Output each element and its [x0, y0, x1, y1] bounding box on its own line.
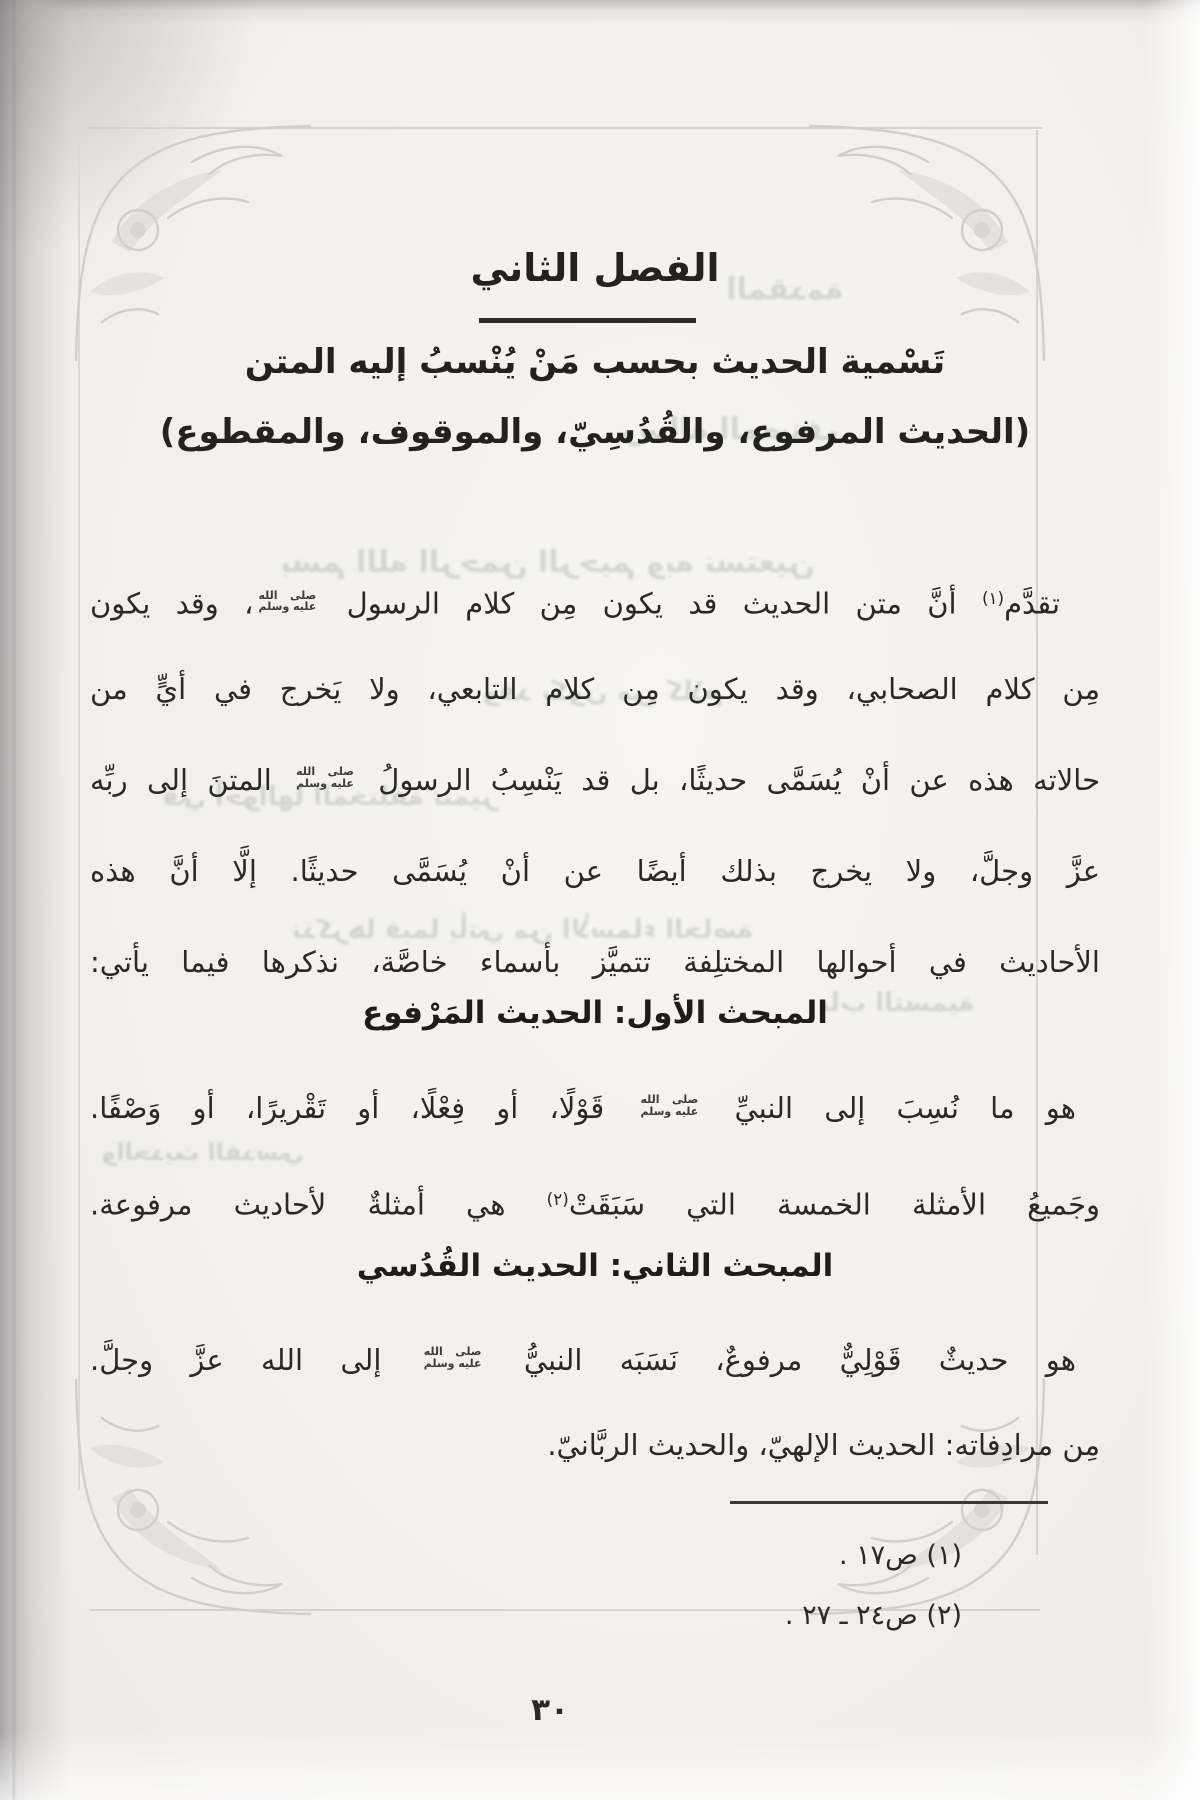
saw-top: صلى الله: [641, 1094, 699, 1106]
line-text: تقدَّم: [1004, 586, 1060, 620]
footnote-marker-1: (١): [982, 588, 1004, 608]
section1-paragraph: هو ما نُسِبَ إلى النبيِّ صلى اللهعليه وس…: [90, 1063, 1100, 1245]
line-text: إلى الله عزَّ وجلَّ.: [90, 1343, 381, 1377]
section2-paragraph: هو حديثٌ قَوْلِيٌّ مرفوعٌ، نَسَبَه النبي…: [90, 1318, 1100, 1488]
footnote-1: (١) ص١٧ .: [0, 1540, 1010, 1571]
saw-bottom: عليه وسلم: [259, 601, 317, 613]
chapter-subtitle-paren: (الحديث المرفوع، والقُدُسِيّ، والموقوف، …: [90, 412, 1100, 453]
chapter-title: الفصل الثاني: [90, 246, 1100, 290]
body-line: تقدَّم(١) أنَّ متن الحديث قد يكون مِن كل…: [90, 553, 1100, 644]
line-text: الأحاديث في أحوالها المختلِفة تتميَّز بأ…: [90, 945, 1100, 979]
page-number: ٣٠: [490, 1692, 610, 1728]
footnote-2: (٢) ص٢٤ ـ ٢٧ .: [0, 1600, 1010, 1631]
chapter-subtitle: تَسْمية الحديث بحسب مَنْ يُنْسبُ إليه ال…: [90, 342, 1100, 383]
section1-heading: المبحث الأول: الحديث المَرْفوع: [90, 995, 1100, 1031]
line-text: حالاته هذه عن أنْ يُسَمَّى حديثًا، بل قد…: [378, 763, 1100, 797]
body-line: عزَّ وجلَّ، ولا يخرج بذلك أيضًا عن أنْ ي…: [90, 826, 1100, 917]
section2-heading: المبحث الثاني: الحديث القُدُسي: [90, 1248, 1100, 1284]
saw-top: صلى الله: [259, 590, 317, 602]
line-text: أنَّ متن الحديث قد يكون مِن كلام الرسول: [347, 586, 957, 620]
saw-ligature: صلى اللهعليه وسلم: [641, 1094, 699, 1117]
line-text: هي أمثلةٌ لأحاديث مرفوعة.: [90, 1187, 506, 1221]
footnote-marker-2: (٢): [547, 1189, 569, 1209]
book-page-scan: المقدمة رسالة المصنف بسم الله الرحمن الر…: [0, 0, 1200, 1800]
line-text: هو حديثٌ قَوْلِيٌّ مرفوعٌ، نَسَبَه النبي…: [524, 1343, 1076, 1377]
line-text: مِن مرادِفاته: الحديث الإلهيّ، والحديث ا…: [547, 1428, 1100, 1462]
body-line: حالاته هذه عن أنْ يُسَمَّى حديثًا، بل قد…: [90, 735, 1100, 826]
line-text: هو ما نُسِبَ إلى النبيِّ: [735, 1091, 1077, 1125]
intro-paragraph: تقدَّم(١) أنَّ متن الحديث قد يكون مِن كل…: [90, 553, 1100, 1008]
line-text: ، وقد يكون: [90, 586, 254, 620]
body-line: هو ما نُسِبَ إلى النبيِّ صلى اللهعليه وس…: [90, 1063, 1100, 1154]
body-line: مِن مرادِفاته: الحديث الإلهيّ، والحديث ا…: [90, 1403, 1100, 1488]
footnote-separator: [730, 1501, 1048, 1504]
line-text: قَوْلًا، أو فِعْلًا، أو تَقْريرًا، أو وَ…: [90, 1091, 604, 1125]
saw-ligature: صلى اللهعليه وسلم: [424, 1346, 482, 1369]
line-text: وجَميعُ الأمثلة الخمسة التي سَبَقَتْ: [569, 1187, 1100, 1221]
line-text: عزَّ وجلَّ، ولا يخرج بذلك أيضًا عن أنْ ي…: [90, 854, 1100, 888]
saw-ligature: صلى اللهعليه وسلم: [296, 766, 354, 789]
saw-bottom: عليه وسلم: [296, 778, 354, 790]
body-line: مِن كلام الصحابي، وقد يكون مِن كلام التا…: [90, 644, 1100, 735]
title-underline: [479, 318, 696, 323]
body-line: هو حديثٌ قَوْلِيٌّ مرفوعٌ، نَسَبَه النبي…: [90, 1318, 1100, 1403]
saw-bottom: عليه وسلم: [641, 1106, 699, 1118]
line-text: مِن كلام الصحابي، وقد يكون مِن كلام التا…: [90, 672, 1100, 706]
body-line: وجَميعُ الأمثلة الخمسة التي سَبَقَتْ(٢) …: [90, 1154, 1100, 1245]
saw-ligature: صلى اللهعليه وسلم: [259, 590, 317, 613]
saw-bottom: عليه وسلم: [424, 1358, 482, 1370]
text-column: الفصل الثاني تَسْمية الحديث بحسب مَنْ يُ…: [90, 0, 1100, 1800]
saw-top: صلى الله: [424, 1346, 482, 1358]
line-text: المتنَ إلى ربِّه: [90, 763, 272, 797]
saw-top: صلى الله: [296, 766, 354, 778]
